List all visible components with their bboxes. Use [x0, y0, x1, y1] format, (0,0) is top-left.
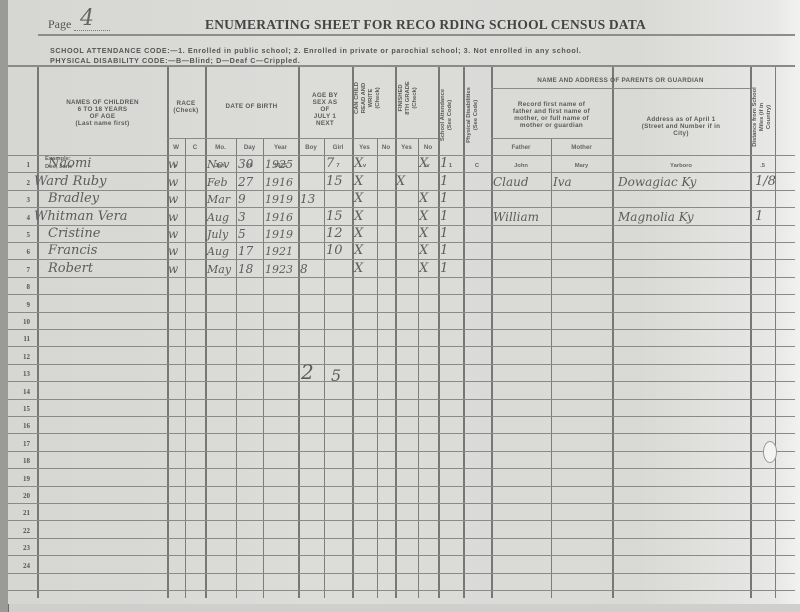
eighth-grade-header: FINISHED8TH GRADE(Check)	[398, 63, 419, 133]
address-header-line: Address as of April 1	[612, 116, 750, 123]
cell-race: w	[168, 158, 185, 170]
row-number: 6	[16, 248, 30, 256]
race-header-line: RACE	[167, 100, 205, 107]
punch-hole	[763, 441, 777, 463]
row-number: 9	[16, 301, 30, 309]
row-rule	[8, 468, 795, 469]
read-write-header-line: READ AND	[361, 63, 368, 133]
disability-code-legend: PHYSICAL DISABILITY CODE:—B—Blind; D—Dea…	[50, 56, 300, 65]
age-header-line: AGE BY	[298, 92, 352, 99]
cell-day: 9	[238, 193, 264, 205]
row-rule	[8, 259, 795, 260]
cell-e-no: X	[419, 227, 437, 240]
parents-note-line: mother, or full name of	[493, 115, 610, 122]
cell-race: w	[168, 193, 185, 205]
age-header: AGE BYSEX ASOFJULY 1NEXT	[298, 92, 352, 127]
row-rule	[8, 277, 795, 278]
disability-header: Physical Disabilities(See Code)	[466, 80, 480, 150]
race-header-line: (Check)	[167, 107, 205, 114]
cell-year: 1925	[265, 159, 299, 170]
attendance-header: School Attendance(See Code)	[440, 80, 454, 150]
names-header-line: (Last name first)	[40, 120, 165, 127]
race-w-header: W	[167, 144, 185, 151]
example-mother: Mary	[551, 163, 612, 169]
distance-header-line: Country)	[766, 82, 773, 152]
age-header-line: SEX AS	[298, 99, 352, 106]
cell-rw-yes: X	[354, 192, 376, 205]
cell-e-yes: X	[396, 175, 418, 188]
cell-mo: Nov	[207, 159, 237, 170]
cell-att: 1	[440, 227, 462, 240]
row-rule	[8, 538, 795, 539]
cell-rw-yes: X	[354, 175, 376, 188]
row-rule	[8, 364, 795, 365]
cell-father: William	[493, 211, 551, 223]
row-rule	[8, 346, 795, 347]
page-number: 4	[80, 6, 94, 31]
cell-address: Magnolia Ky	[618, 211, 748, 223]
eighth-grade-header-line: (Check)	[412, 63, 419, 133]
cell-mo: Mar	[207, 194, 237, 205]
cell-race: w	[168, 176, 185, 188]
row-rule	[8, 573, 795, 574]
cell-day: 27	[238, 176, 264, 188]
cell-race: w	[168, 228, 185, 240]
row-number: 17	[16, 440, 30, 448]
row-number: 5	[16, 231, 30, 239]
cell-name: Ward Ruby	[34, 175, 152, 188]
dob-day-header: Day	[236, 144, 263, 151]
age-header-line: OF	[298, 106, 352, 113]
cell-day: 3	[238, 211, 264, 223]
row-rule	[8, 451, 795, 452]
subheader-rule	[167, 138, 438, 139]
cell-race: w	[168, 263, 185, 275]
rw-yes-header: Yes	[352, 144, 377, 151]
cell-father: Claud	[493, 176, 551, 188]
attendance-header-line: (See Code)	[447, 80, 454, 150]
row-number: 8	[16, 283, 30, 291]
row-rule	[8, 294, 795, 295]
page-number-line	[74, 30, 110, 31]
dob-header: DATE OF BIRTH	[205, 103, 298, 110]
attendance-code-legend: SCHOOL ATTENDANCE CODE:—1. Enrolled in p…	[50, 46, 582, 55]
column-rule	[612, 65, 614, 598]
cell-rw-yes: X	[354, 210, 376, 223]
cell-name: Cristine	[48, 227, 166, 240]
read-write-header-line: WRITE	[368, 63, 375, 133]
disability-header-line: Physical Disabilities	[466, 80, 473, 150]
address-header-line: City)	[612, 130, 750, 137]
cell-boy: 13	[300, 193, 324, 205]
names-header-line: OF AGE	[40, 113, 165, 120]
age-boy-header: Boy	[298, 144, 324, 151]
parents-note-line: mother or guardian	[493, 122, 610, 129]
eighth-grade-header-line: FINISHED	[398, 63, 405, 133]
row-rule	[8, 172, 795, 173]
row-rule	[8, 555, 795, 556]
names-header: NAMES OF CHILDREN6 TO 18 YEARSOF AGE(Las…	[40, 99, 165, 127]
tally-boys: 2	[301, 362, 314, 382]
cell-att: 1	[440, 244, 462, 257]
cell-girl: 15	[326, 210, 352, 223]
cell-att: 1	[440, 210, 462, 223]
cell-e-no: X	[419, 210, 437, 223]
cell-name: Whitman Vera	[34, 210, 152, 223]
row-rule	[8, 381, 795, 382]
row-rule	[8, 329, 795, 330]
age-girl-header: Girl	[324, 144, 352, 151]
column-rule	[775, 65, 776, 598]
cell-race: w	[168, 211, 185, 223]
row-number: 16	[16, 422, 30, 430]
eighth-no-header: No	[418, 144, 438, 151]
sheet-title: ENUMERATING SHEET FOR RECO RDING SCHOOL …	[205, 17, 646, 33]
row-number: 13	[16, 370, 30, 378]
example-disability: C	[463, 163, 491, 169]
row-rule	[8, 503, 795, 504]
address-header: Address as of April 1(Street and Number …	[612, 116, 750, 137]
cell-att: 1	[440, 157, 462, 170]
cell-mo: Aug	[207, 212, 237, 223]
example-distance: .5	[750, 163, 775, 169]
row-number: 19	[16, 475, 30, 483]
cell-rw-yes: X	[354, 262, 376, 275]
row-number: 23	[16, 544, 30, 552]
parents-subheader-rule	[491, 138, 612, 139]
cell-day: 5	[238, 228, 264, 240]
cell-address: Dowagiac Ky	[618, 176, 748, 188]
cell-name: Francis	[48, 244, 166, 257]
cell-rw-yes: X	[354, 157, 376, 170]
row-number: 1	[16, 161, 30, 169]
read-write-header: CAN CHILDREAD ANDWRITE(Check)	[354, 63, 382, 133]
read-write-header-line: CAN CHILD	[354, 63, 361, 133]
distance-header: Distance from SchoolMiles (if inCountry)	[752, 82, 773, 152]
cell-year: 1919	[265, 194, 299, 205]
address-header-line: (Street and Number if in	[612, 123, 750, 130]
cell-mo: July	[207, 229, 237, 240]
age-header-line: JULY 1	[298, 113, 352, 120]
cell-race: w	[168, 245, 185, 257]
row-number: 24	[16, 562, 30, 570]
parents-note-line: Record first name of	[493, 101, 610, 108]
cell-girl: 7	[326, 157, 352, 170]
cell-att: 1	[440, 175, 462, 188]
distance-header-line: Miles (if in	[759, 82, 766, 152]
dob-mo-header: Mo.	[205, 144, 236, 151]
cell-year: 1923	[265, 264, 299, 275]
rw-no-header: No	[377, 144, 395, 151]
cell-dist: 1/8	[755, 175, 780, 188]
age-header-line: NEXT	[298, 120, 352, 127]
row-rule	[8, 520, 795, 521]
column-rule	[463, 65, 465, 598]
eighth-yes-header: Yes	[395, 144, 418, 151]
row-number: 2	[16, 179, 30, 187]
mother-header: Mother	[551, 144, 612, 151]
row-rule	[8, 486, 795, 487]
cell-girl: 15	[326, 175, 352, 188]
eighth-grade-header-line: 8TH GRADE	[405, 63, 412, 133]
distance-header-line: Distance from School	[752, 82, 759, 152]
row-rule	[8, 590, 795, 591]
row-rule	[8, 312, 795, 313]
row-rule	[8, 433, 795, 434]
example-father: John	[491, 163, 551, 169]
cell-att: 1	[440, 192, 462, 205]
parents-note: Record first name offather and first nam…	[493, 101, 610, 129]
row-number: 11	[16, 335, 30, 343]
example-address: Yarboro	[612, 163, 750, 169]
row-number: 12	[16, 353, 30, 361]
row-number: 10	[16, 318, 30, 326]
cell-name: Robert	[48, 262, 166, 275]
cell-mo: Feb	[207, 177, 237, 188]
cell-mother: Iva	[553, 176, 611, 188]
row-number: 15	[16, 405, 30, 413]
row-number: 21	[16, 509, 30, 517]
row-number: 7	[16, 266, 30, 274]
cell-dist: 1	[755, 210, 780, 223]
race-c-header: C	[185, 144, 205, 151]
row-number: 18	[16, 457, 30, 465]
row-rule	[8, 399, 795, 400]
names-header-line: 6 TO 18 YEARS	[40, 106, 165, 113]
cell-boy: 8	[300, 263, 324, 275]
cell-e-no: X	[419, 244, 437, 257]
cell-mo: May	[207, 264, 237, 275]
cell-girl: 10	[326, 244, 352, 257]
title-rule	[38, 34, 795, 36]
cell-year: 1921	[265, 246, 299, 257]
parents-header-rule	[491, 88, 750, 89]
column-rule	[37, 65, 39, 598]
cell-e-no: X	[419, 262, 437, 275]
names-header-line: NAMES OF CHILDREN	[40, 99, 165, 106]
cell-day: 18	[238, 263, 264, 275]
row-rule	[8, 190, 795, 191]
cell-rw-yes: X	[354, 227, 376, 240]
cell-rw-yes: X	[354, 244, 376, 257]
cell-day: 30	[238, 158, 264, 170]
row-rule	[8, 225, 795, 226]
row-rule	[8, 416, 795, 417]
row-number: 3	[16, 196, 30, 204]
read-write-header-line: (Check)	[375, 63, 382, 133]
disability-header-line: (See Code)	[473, 80, 480, 150]
cell-girl: 12	[326, 227, 352, 240]
cell-year: 1916	[265, 177, 299, 188]
parents-note-line: father and first name of	[493, 108, 610, 115]
cell-name: Bradley	[48, 192, 166, 205]
dob-year-header: Year	[263, 144, 298, 151]
row-number: 4	[16, 214, 30, 222]
cell-year: 1916	[265, 212, 299, 223]
row-number: 14	[16, 388, 30, 396]
cell-day: 17	[238, 245, 264, 257]
father-header: Father	[491, 144, 551, 151]
cell-att: 1	[440, 262, 462, 275]
page-label: Page	[48, 17, 71, 32]
row-rule	[8, 242, 795, 243]
tally-girls: 5	[331, 368, 341, 384]
attendance-header-line: School Attendance	[440, 80, 447, 150]
cell-e-no: X	[419, 157, 437, 170]
cell-name: Naomi	[48, 157, 166, 170]
cell-year: 1919	[265, 229, 299, 240]
parents-header: NAME AND ADDRESS OF PARENTS OR GUARDIAN	[491, 77, 750, 84]
row-number: 20	[16, 492, 30, 500]
row-rule	[8, 155, 795, 156]
race-header: RACE(Check)	[167, 100, 205, 114]
cell-e-no: X	[419, 192, 437, 205]
row-number: 22	[16, 527, 30, 535]
cell-mo: Aug	[207, 246, 237, 257]
row-rule	[8, 207, 795, 208]
